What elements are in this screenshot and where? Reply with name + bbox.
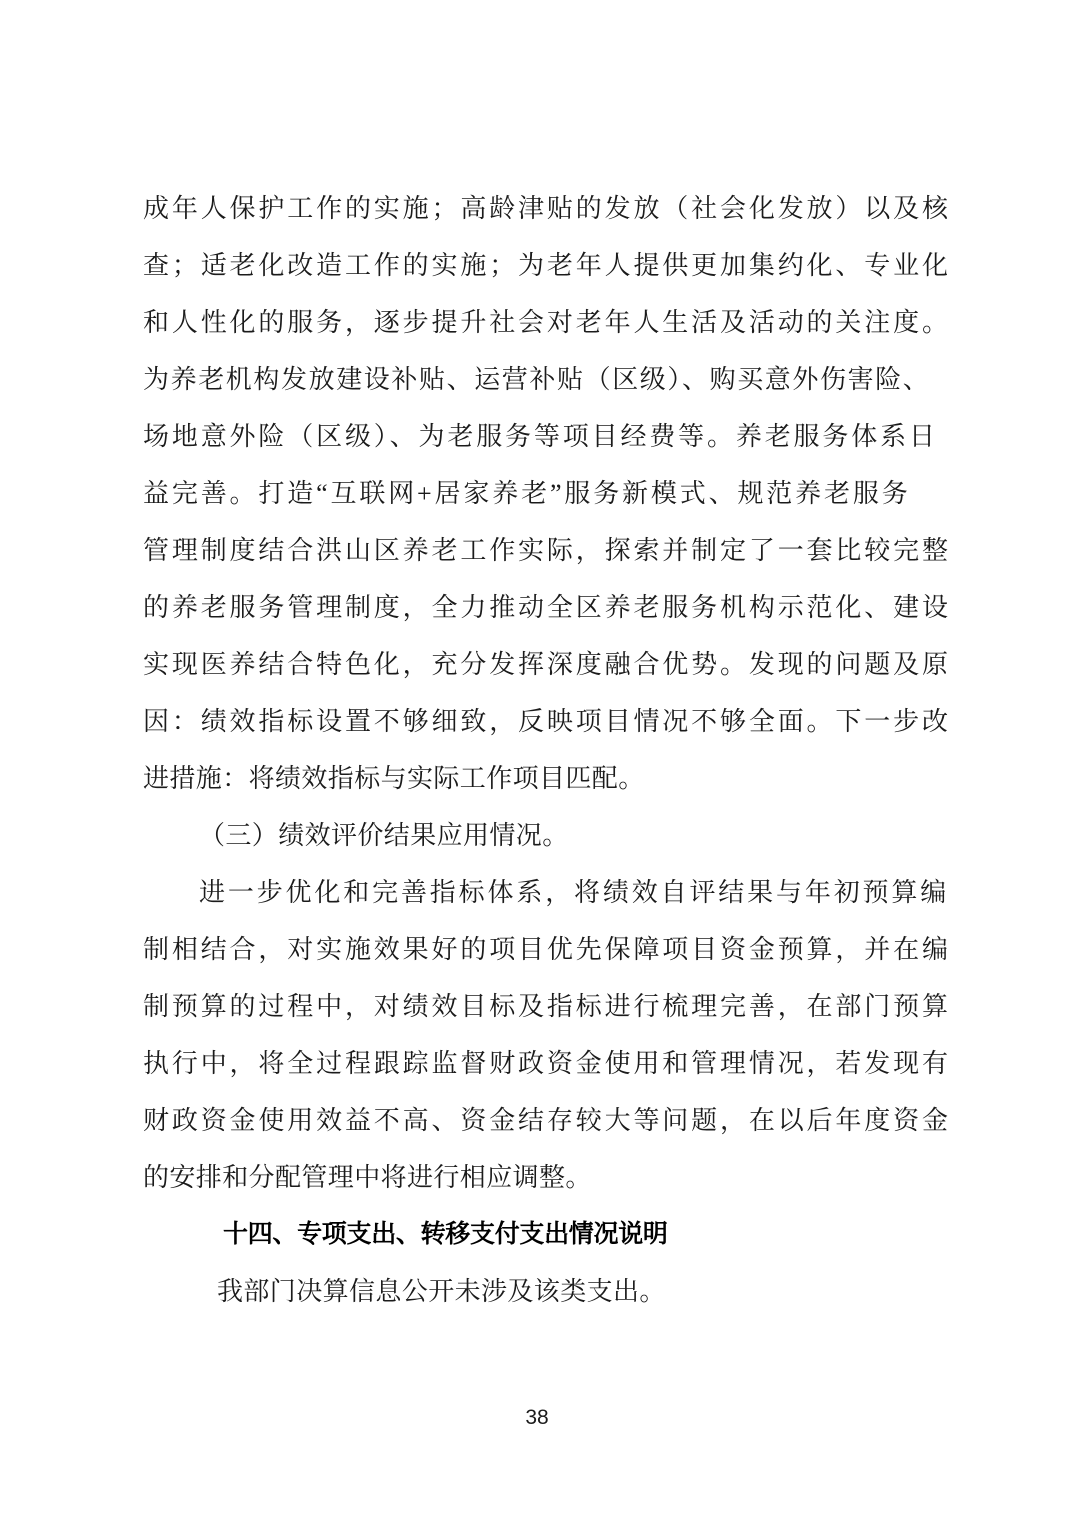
page-body: 成年人保护工作的实施；高龄津贴的发放（社会化发放）以及核 查；适老化改造工作的实… <box>143 180 949 1320</box>
body-line: 为养老机构发放建设补贴、运营补贴（区级）、购买意外伤害险、 <box>143 351 949 408</box>
closing-paragraph: 我部门决算信息公开未涉及该类支出。 <box>143 1263 949 1320</box>
body-line: 实现医养结合特色化，充分发挥深度融合优势。发现的问题及原 <box>143 636 949 693</box>
page-number: 38 <box>0 1406 1074 1430</box>
body-line: 财政资金使用效益不高、资金结存较大等问题，在以后年度资金 <box>143 1092 949 1149</box>
body-line: 益完善。打造“互联网+居家养老”服务新模式、规范养老服务 <box>143 465 949 522</box>
body-line: 查；适老化改造工作的实施；为老年人提供更加集约化、专业化 <box>143 237 949 294</box>
body-line: 制预算的过程中，对绩效目标及指标进行梳理完善，在部门预算 <box>143 978 949 1035</box>
body-line: 因：绩效指标设置不够细致，反映项目情况不够全面。下一步改 <box>143 693 949 750</box>
body-line: 进一步优化和完善指标体系，将绩效自评结果与年初预算编 <box>143 864 949 921</box>
body-line: 和人性化的服务，逐步提升社会对老年人生活及活动的关注度。 <box>143 294 949 351</box>
section-heading: 十四、专项支出、转移支付支出情况说明 <box>143 1206 949 1263</box>
body-line: 执行中，将全过程跟踪监督财政资金使用和管理情况，若发现有 <box>143 1035 949 1092</box>
body-line: 场地意外险（区级）、为老服务等项目经费等。养老服务体系日 <box>143 408 949 465</box>
body-line: 的安排和分配管理中将进行相应调整。 <box>143 1149 949 1206</box>
body-line: 进措施：将绩效指标与实际工作项目匹配。 <box>143 750 949 807</box>
body-line: 制相结合，对实施效果好的项目优先保障项目资金预算，并在编 <box>143 921 949 978</box>
body-line: 管理制度结合洪山区养老工作实际，探索并制定了一套比较完整 <box>143 522 949 579</box>
body-line: 的养老服务管理制度，全力推动全区养老服务机构示范化、建设 <box>143 579 949 636</box>
subsection-heading: （三）绩效评价结果应用情况。 <box>143 807 949 864</box>
body-line: 成年人保护工作的实施；高龄津贴的发放（社会化发放）以及核 <box>143 180 949 237</box>
document-page: 成年人保护工作的实施；高龄津贴的发放（社会化发放）以及核 查；适老化改造工作的实… <box>0 0 1074 1520</box>
